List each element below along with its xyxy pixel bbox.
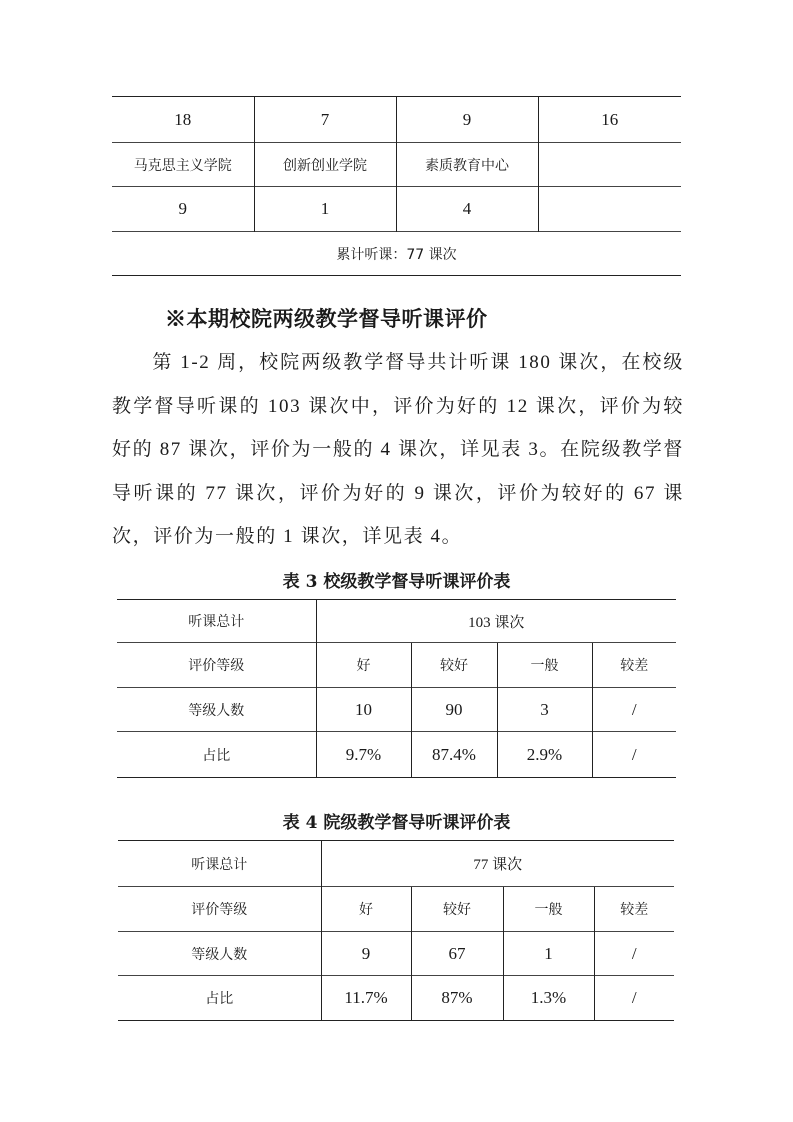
ratio-cell: 87% — [411, 976, 503, 1021]
ratio-cell: / — [594, 976, 674, 1021]
table-row-total: 累计听课：77 课次 — [112, 232, 681, 276]
grade-cell: 好 — [321, 887, 411, 932]
school-level-evaluation-table: 听课总计 103 课次 评价等级 好 较好 一般 较差 等级人数 10 90 3… — [117, 599, 676, 778]
ratio-label: 占比 — [117, 732, 316, 778]
count-cell: 1 — [503, 932, 594, 976]
total-label: 听课总计 — [118, 841, 321, 887]
table-cell: 7 — [254, 97, 396, 143]
table-row: 马克思主义学院 创新创业学院 素质教育中心 — [112, 143, 681, 187]
count-cell: 9 — [321, 932, 411, 976]
table-row: 18 7 9 16 — [112, 97, 681, 143]
count-label: 等级人数 — [118, 932, 321, 976]
grade-cell: 较好 — [411, 643, 497, 688]
ratio-cell: 2.9% — [497, 732, 592, 778]
total-value: 77 课次 — [321, 841, 674, 887]
table-cell: 1 — [254, 187, 396, 232]
table-cell: 9 — [112, 187, 254, 232]
table-row: 占比 11.7% 87% 1.3% / — [118, 976, 674, 1021]
section-paragraph: 第 1-2 周，校院两级教学督导共计听课 180 课次，在校级教学督导听课的 1… — [112, 341, 684, 559]
grade-cell: 好 — [316, 643, 411, 688]
table-row: 等级人数 9 67 1 / — [118, 932, 674, 976]
ratio-cell: 9.7% — [316, 732, 411, 778]
grade-cell: 一般 — [497, 643, 592, 688]
ratio-cell: / — [592, 732, 676, 778]
table-cell: 创新创业学院 — [254, 143, 396, 187]
table-cell — [538, 187, 681, 232]
table-row: 听课总计 103 课次 — [117, 600, 676, 643]
paragraph-text: 第 1-2 周，校院两级教学督导共计听课 180 课次，在校级教学督导听课的 1… — [112, 352, 684, 547]
ratio-label: 占比 — [118, 976, 321, 1021]
ratio-cell: 1.3% — [503, 976, 594, 1021]
table-cell: 18 — [112, 97, 254, 143]
grade-cell: 较差 — [592, 643, 676, 688]
count-cell: 67 — [411, 932, 503, 976]
ratio-cell: 11.7% — [321, 976, 411, 1021]
college-level-evaluation-table: 听课总计 77 课次 评价等级 好 较好 一般 较差 等级人数 9 67 1 /… — [118, 840, 674, 1021]
count-cell: / — [592, 688, 676, 732]
ratio-cell: 87.4% — [411, 732, 497, 778]
grade-cell: 较差 — [594, 887, 674, 932]
table-row: 等级人数 10 90 3 / — [117, 688, 676, 732]
table-row: 占比 9.7% 87.4% 2.9% / — [117, 732, 676, 778]
grade-label: 评价等级 — [118, 887, 321, 932]
count-cell: 90 — [411, 688, 497, 732]
table-cell: 9 — [396, 97, 538, 143]
section-heading: ※本期校院两级教学督导听课评价 — [165, 303, 488, 333]
total-label: 听课总计 — [117, 600, 316, 643]
grade-cell: 较好 — [411, 887, 503, 932]
total-value: 103 课次 — [316, 600, 676, 643]
table-cell — [538, 143, 681, 187]
count-cell: 10 — [316, 688, 411, 732]
table-row: 9 1 4 — [112, 187, 681, 232]
total-listening-cell: 累计听课：77 课次 — [112, 232, 681, 276]
table-cell: 素质教育中心 — [396, 143, 538, 187]
table-cell: 马克思主义学院 — [112, 143, 254, 187]
count-cell: 3 — [497, 688, 592, 732]
table-row: 评价等级 好 较好 一般 较差 — [118, 887, 674, 932]
grade-label: 评价等级 — [117, 643, 316, 688]
table-cell: 16 — [538, 97, 681, 143]
table-cell: 4 — [396, 187, 538, 232]
department-listening-table: 18 7 9 16 马克思主义学院 创新创业学院 素质教育中心 9 1 4 累计… — [112, 96, 681, 276]
grade-cell: 一般 — [503, 887, 594, 932]
count-label: 等级人数 — [117, 688, 316, 732]
table-row: 评价等级 好 较好 一般 较差 — [117, 643, 676, 688]
table-row: 听课总计 77 课次 — [118, 841, 674, 887]
count-cell: / — [594, 932, 674, 976]
table4-caption: 表 4 院级教学督导听课评价表 — [0, 808, 793, 833]
table3-caption: 表 3 校级教学督导听课评价表 — [0, 567, 793, 592]
